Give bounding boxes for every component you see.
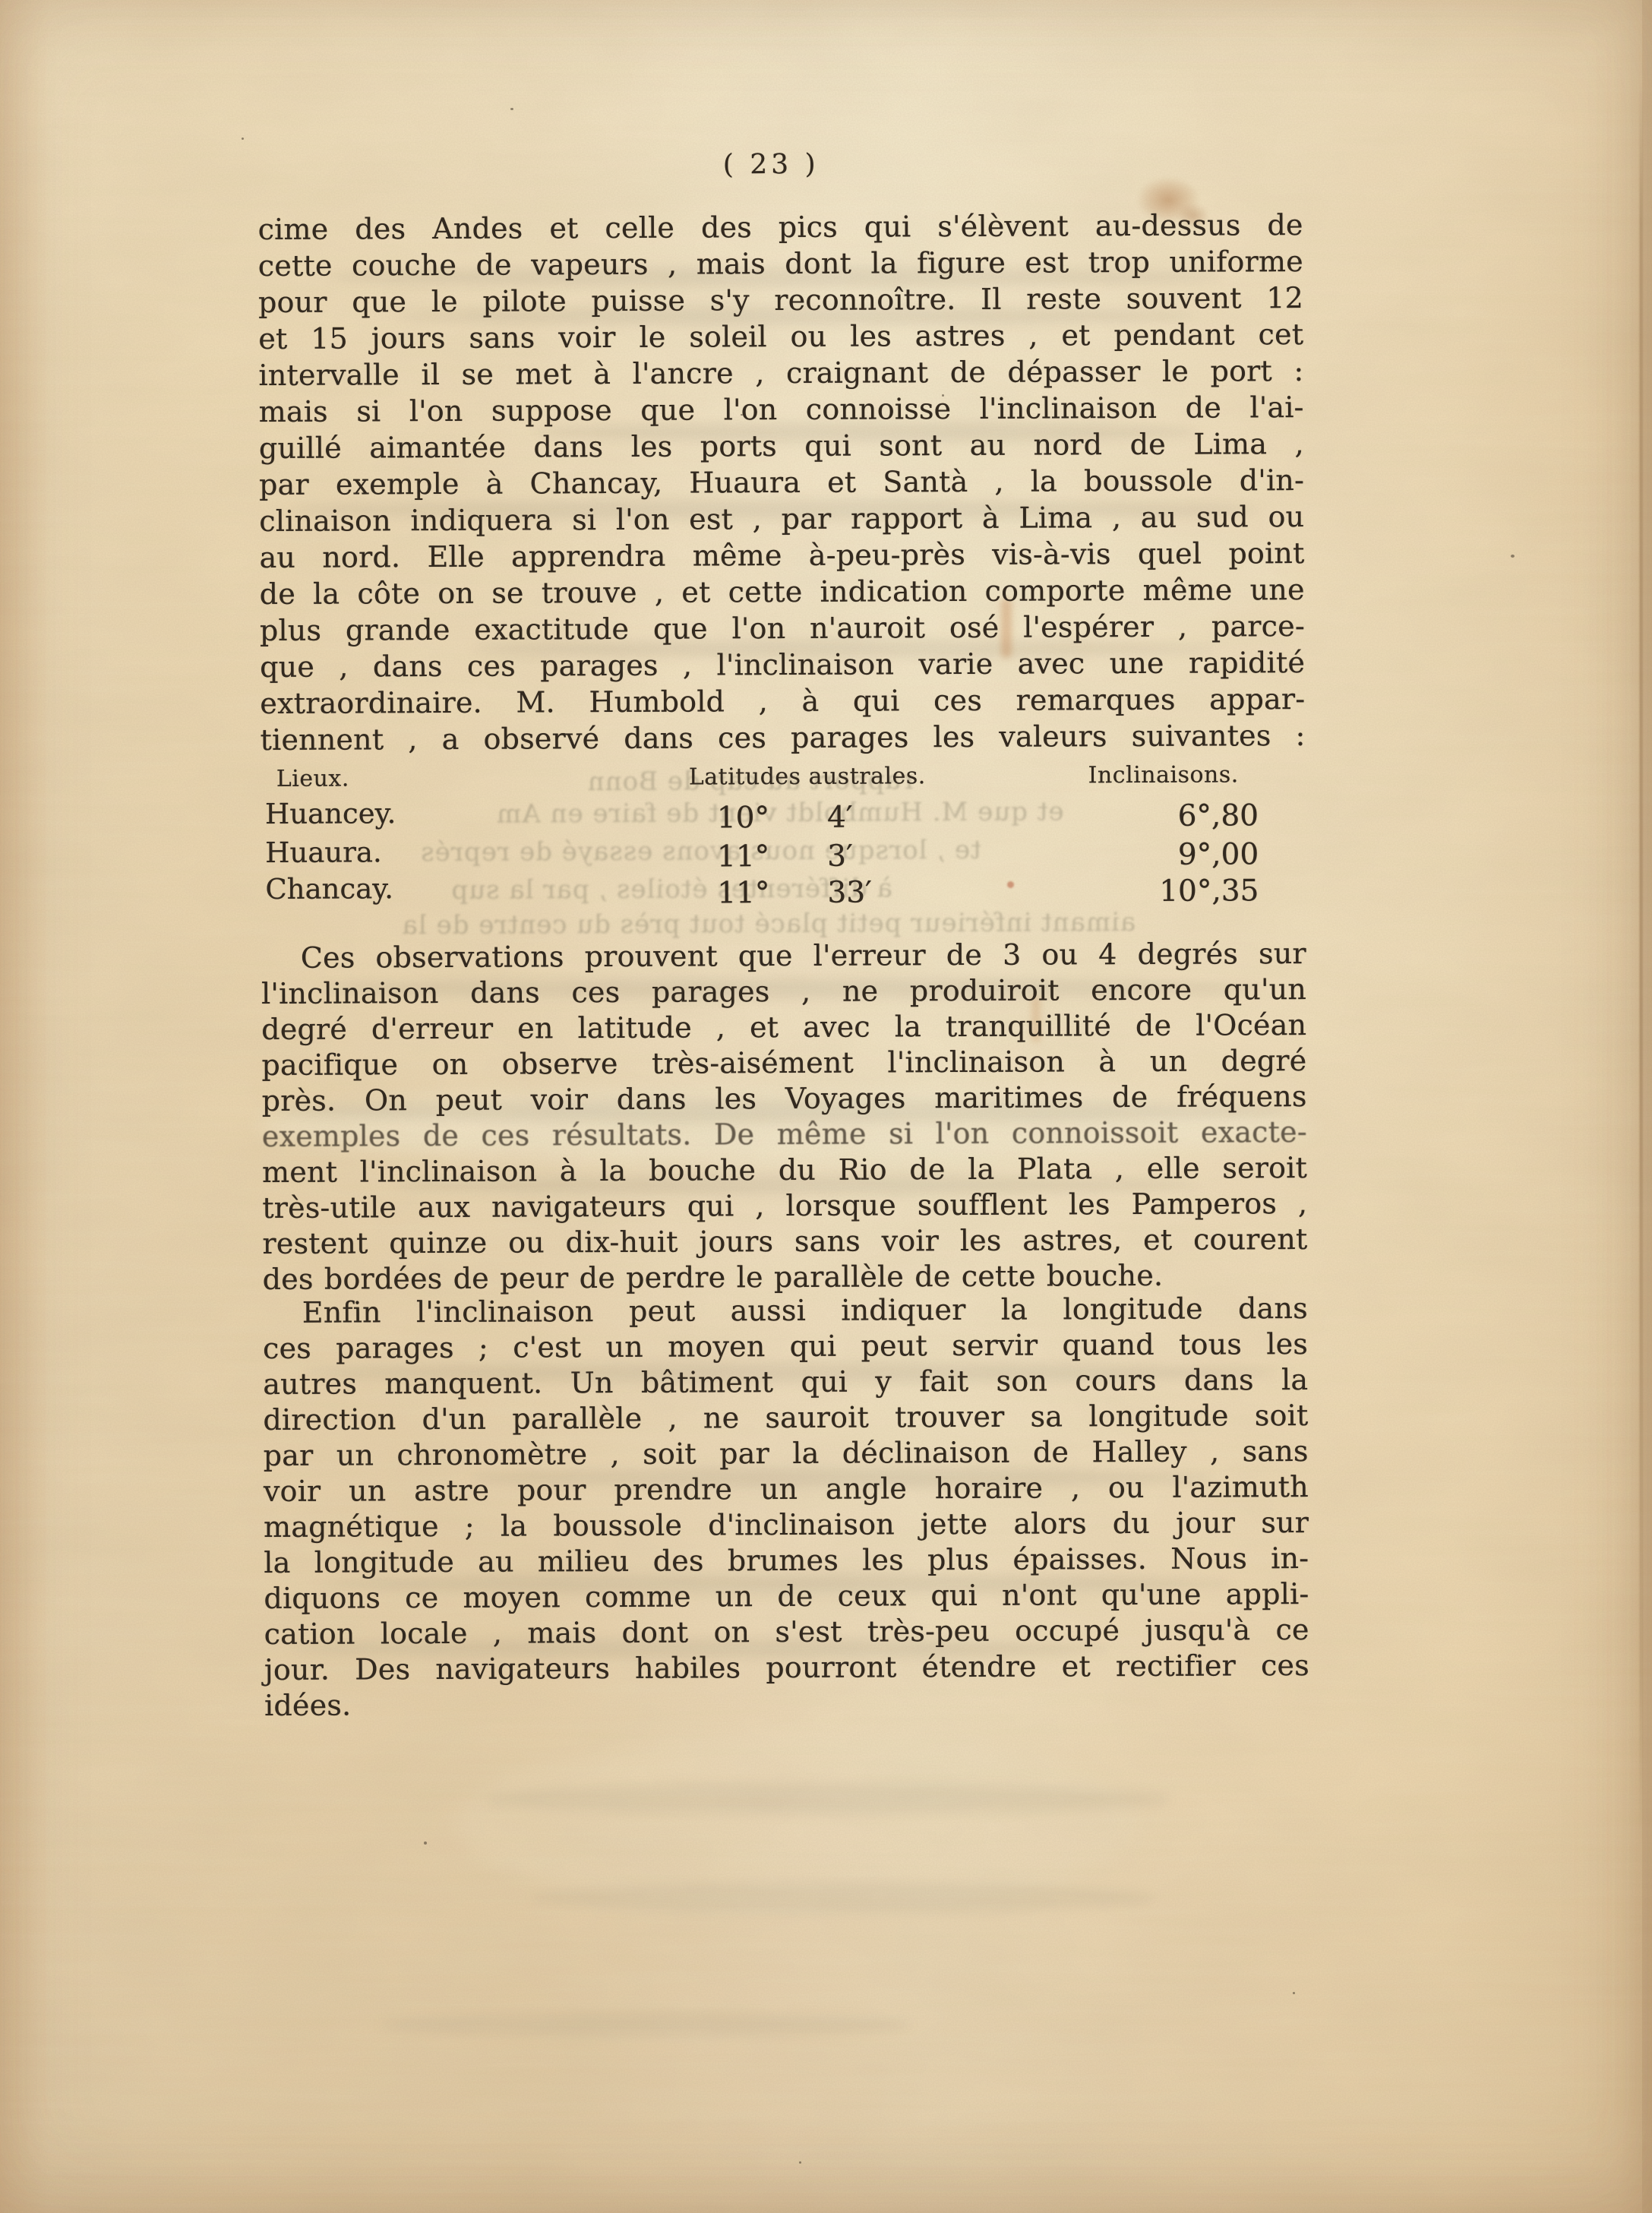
text-line: clinaison indiquera si l'on est , par ra… — [259, 498, 1304, 539]
text-line: près. On peut voir dans les Voyages mari… — [262, 1079, 1307, 1119]
latitude-minutes: 3′ — [827, 839, 853, 874]
text-line: tiennent , a observé dans ces parages le… — [260, 717, 1305, 758]
paragraph-2: Ces observations prouvent que l'erreur d… — [261, 936, 1308, 1298]
cell-lieu: Huancey. — [261, 796, 630, 830]
text-line: degré d'erreur en latitude , et avec la … — [261, 1007, 1306, 1048]
text-line: de la côte on se trouve , et cette indic… — [260, 571, 1305, 612]
table-row: Huancey. 10°4′ 6°,80 — [261, 793, 1306, 833]
latitude-degrees: 10° — [686, 801, 769, 835]
text-line: par un chronomètre , soit par la déclina… — [264, 1434, 1309, 1474]
text-line: restent quinze ou dix-huit jours sans vo… — [262, 1222, 1307, 1262]
text-line: intervalle il se met à l'ancre , craigna… — [258, 352, 1303, 394]
table-header-lieux: Lieux. — [261, 764, 641, 792]
fiber-speck — [242, 138, 244, 140]
table-row: Chancay. 11°33′ 10°,35 — [261, 868, 1306, 908]
text-line: que , dans ces parages , l'inclinaison v… — [260, 644, 1305, 685]
book-page: ( 23 ) rapport au cap de Bonn et que M. … — [0, 0, 1652, 2213]
text-line: pacifique on observe très-aisément l'inc… — [261, 1043, 1306, 1083]
text-line: mais si l'on suppose que l'on connoisse … — [259, 389, 1304, 430]
text-line: Enfin l'inclinaison peut aussi indiquer … — [263, 1291, 1308, 1331]
table-header-inclinaisons: Inclinaisons. — [988, 761, 1306, 789]
paragraph-3: Enfin l'inclinaison peut aussi indiquer … — [263, 1291, 1309, 1724]
table-row: Huaura. 11°3′ 9°,00 — [261, 832, 1306, 871]
table-header-latitudes: Latitudes australes. — [655, 763, 959, 791]
text-line: guillé aimantée dans les ports qui sont … — [259, 425, 1304, 466]
cell-latitude: 11°33′ — [686, 875, 1005, 911]
text-line: exemples de ces résultats. De même si l'… — [262, 1114, 1307, 1155]
cell-latitude: 10°4′ — [686, 800, 1005, 836]
text-line: autres manquent. Un bâtiment qui y fait … — [263, 1362, 1308, 1402]
text-line: la longitude au milieu des brumes les pl… — [264, 1541, 1309, 1581]
text-line: voir un astre pour prendre un angle hora… — [264, 1469, 1309, 1510]
cell-latitude: 11°3′ — [686, 839, 1005, 874]
text-line: l'inclinaison dans ces parages , ne prod… — [261, 972, 1306, 1012]
text-line: plus grande exactitude que l'on n'auroit… — [260, 608, 1305, 649]
text-line: jour. Des navigateurs habiles pourront é… — [264, 1648, 1309, 1688]
page-number: ( 23 ) — [248, 147, 1293, 182]
text-line: ces parages ; c'est un moyen qui peut se… — [263, 1326, 1308, 1367]
text-line: et 15 jours sans voir le soleil ou les a… — [258, 316, 1303, 357]
page-edge — [1642, 0, 1652, 2213]
cell-inclinaison: 10°,35 — [1008, 874, 1306, 909]
paragraph-1: cime des Andes et celle des pics qui s'é… — [258, 207, 1306, 758]
text-line: idées. — [264, 1683, 1309, 1724]
observations-table: Lieux. Latitudes australes. Inclinaisons… — [261, 761, 1306, 929]
text-line: diquons ce moyen comme un de ceux qui n'… — [264, 1576, 1309, 1617]
text-line: cation locale , mais dont on s'est très-… — [264, 1612, 1309, 1652]
text-line: pour que le pilote puisse s'y reconnoîtr… — [258, 280, 1303, 321]
cell-inclinaison: 9°,00 — [1008, 837, 1306, 873]
text-line: direction d'un parallèle , ne sauroit tr… — [263, 1398, 1308, 1438]
printed-text-block: ( 23 ) rapport au cap de Bonn et que M. … — [257, 0, 1312, 2213]
text-line: cime des Andes et celle des pics qui s'é… — [258, 207, 1303, 248]
text-line: ment l'inclinaison à la bouche du Rio de… — [262, 1150, 1307, 1190]
latitude-minutes: 33′ — [827, 875, 872, 909]
cell-lieu: Chancay. — [261, 871, 630, 906]
cell-inclinaison: 6°,80 — [1008, 798, 1306, 834]
scanned-book-page: { "document": { "page_number_display": "… — [0, 0, 1652, 2213]
fiber-speck — [1511, 555, 1515, 558]
text-line: extraordinaire. M. Humbold , à qui ces r… — [260, 681, 1305, 722]
text-line: magnétique ; la boussole d'inclinaison j… — [264, 1505, 1309, 1545]
latitude-degrees: 11° — [686, 839, 769, 874]
text-line: Ces observations prouvent que l'erreur d… — [261, 936, 1306, 976]
latitude-degrees: 11° — [686, 876, 769, 910]
latitude-minutes: 4′ — [827, 801, 853, 835]
text-line: très-utile aux navigateurs qui , lorsque… — [262, 1186, 1307, 1226]
cell-lieu: Huaura. — [261, 835, 630, 869]
text-line: cette couche de vapeurs , mais dont la f… — [258, 243, 1303, 284]
text-line: au nord. Elle apprendra même à-peu-près … — [259, 535, 1304, 576]
text-line: par exemple à Chancay, Huaura et Santà ,… — [259, 462, 1304, 503]
